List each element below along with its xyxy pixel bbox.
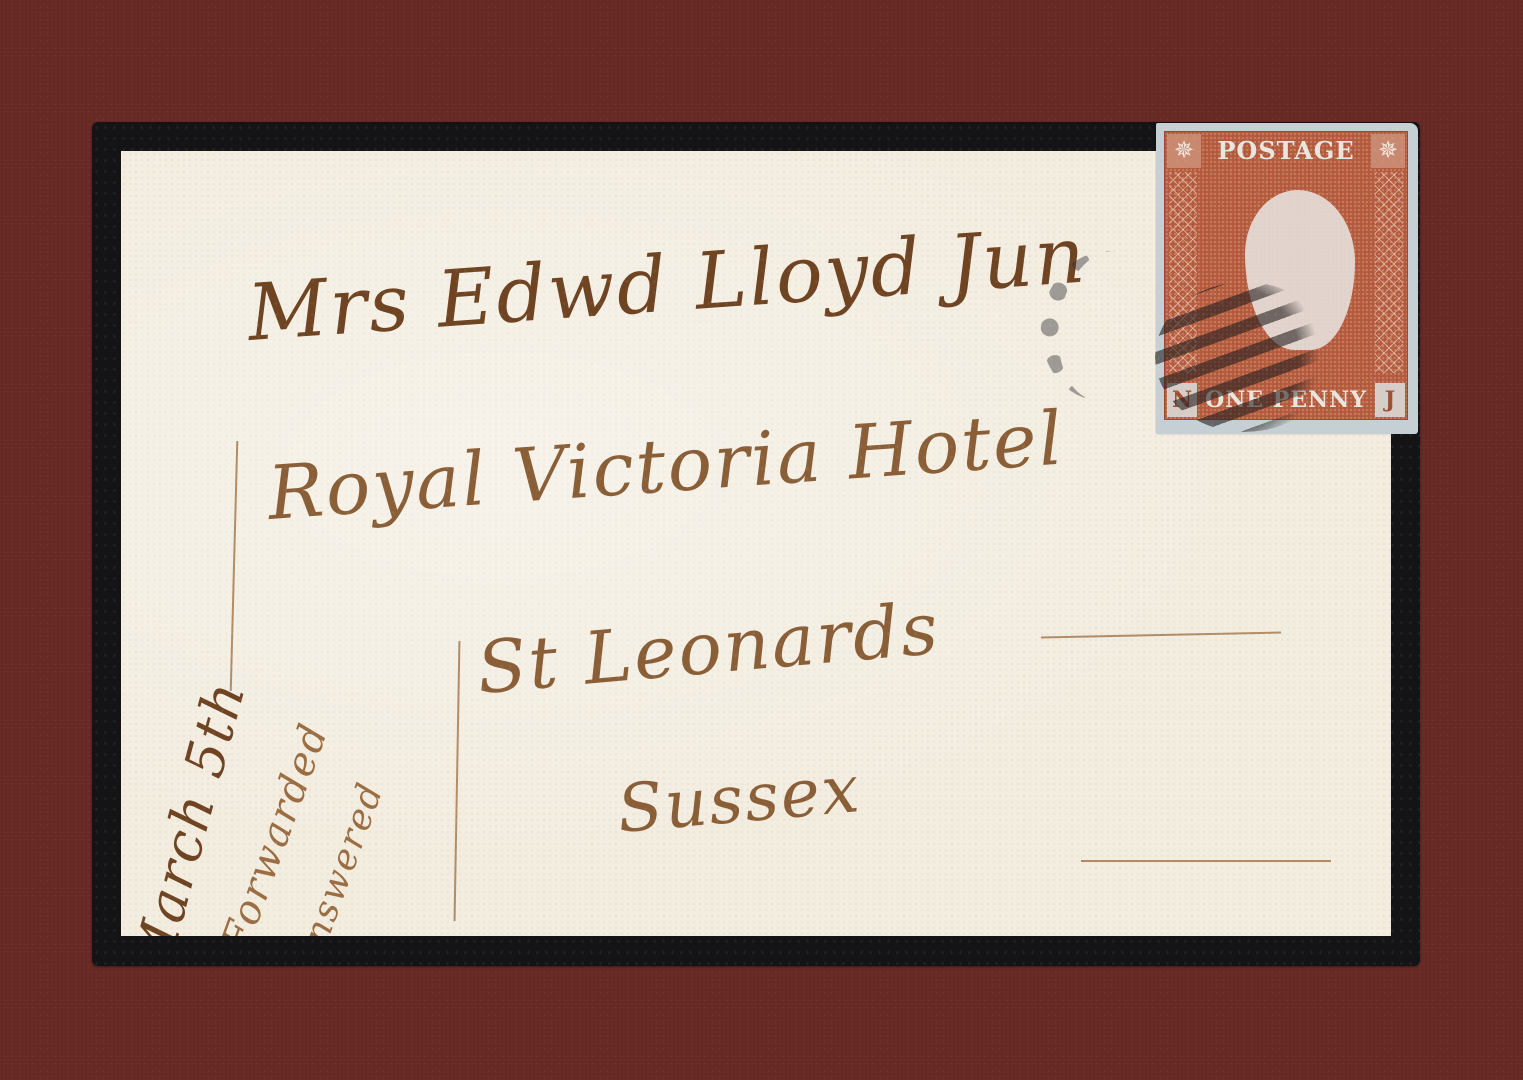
margin-rule-right [454,641,461,921]
mourning-envelope: Mrs Edwd Lloyd Jun Royal Victoria Hotel … [92,122,1420,966]
penny-red-stamp: ✵ POSTAGE ✵ N ONE PENNY J [1156,123,1418,434]
underline-hotel [1041,631,1281,638]
address-line-4: Sussex [614,750,864,848]
address-line-3: St Leonards [474,586,943,710]
margin-rule-left [230,441,239,691]
cancellation-mark-icon [1155,282,1335,432]
underline-county [1081,860,1331,862]
stamp-design: ✵ POSTAGE ✵ N ONE PENNY J [1164,131,1408,420]
stamp-lattice-right [1375,172,1403,373]
star-ornament-icon: ✵ [1371,134,1405,168]
check-letter-right: J [1375,383,1405,417]
address-line-2: Royal Victoria Hotel [265,396,1067,537]
address-line-1: Mrs Edwd Lloyd Jun [245,211,1090,359]
